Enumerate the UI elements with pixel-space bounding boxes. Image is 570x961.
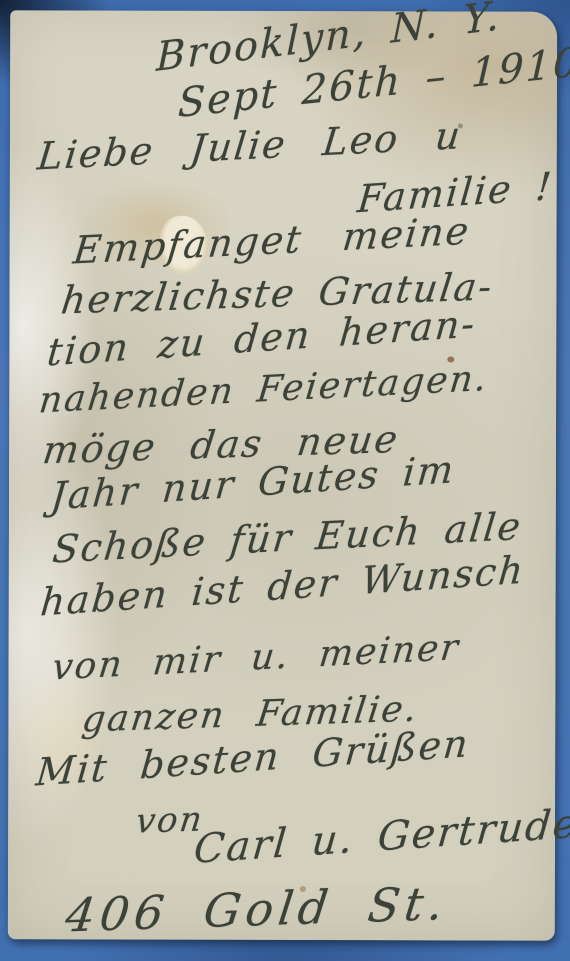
signature-line: Carl u. Gertrude xyxy=(192,801,570,873)
address-line: 406 Gold St. xyxy=(62,876,451,943)
body-line-9: von mir u. meiner xyxy=(50,627,462,689)
postcard-front: Brooklyn, N. Y. Sept 26th – 1910 Liebe J… xyxy=(8,10,557,940)
body-line-1: Empfanget meine xyxy=(71,209,472,273)
salutation-line-1: Liebe Julie Leo u xyxy=(35,113,464,178)
scan-background: Brooklyn, N. Y. Sept 26th – 1910 Liebe J… xyxy=(0,0,570,961)
